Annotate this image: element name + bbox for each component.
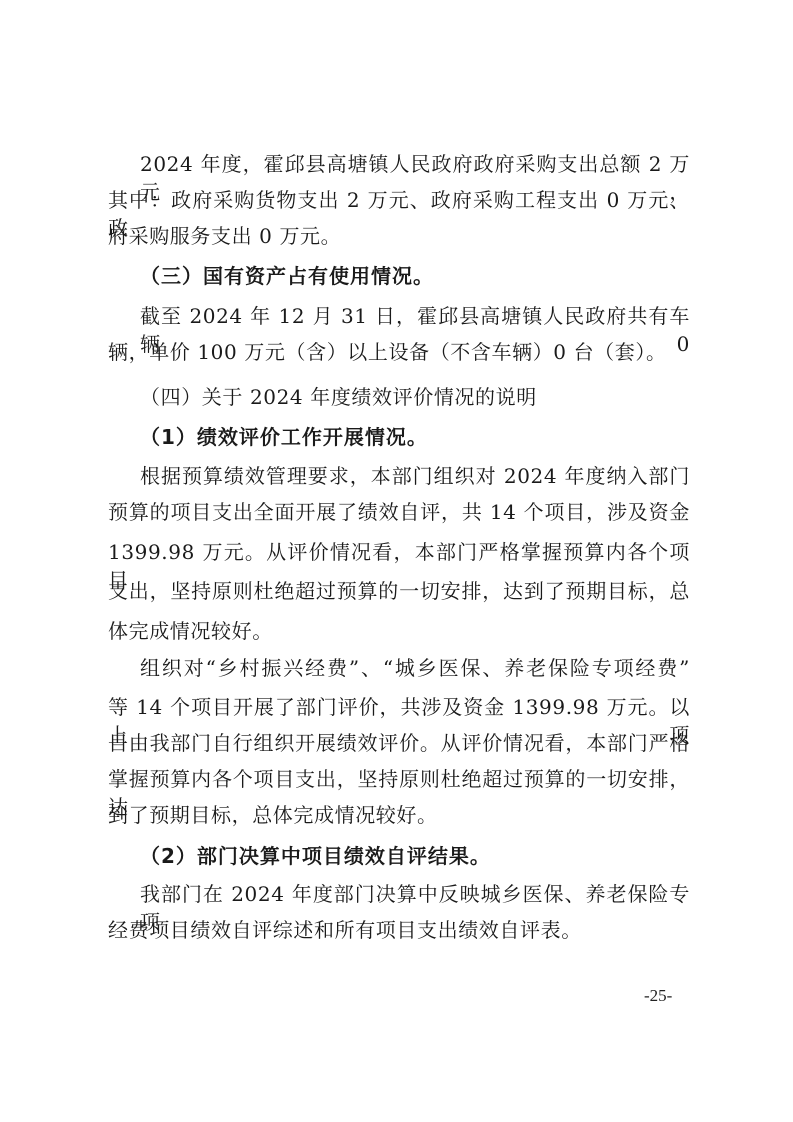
section-heading-assets: （三）国有资产占有使用情况。 [140,262,690,290]
dept-eval-line-5: 到了预期目标，总体完成情况较好。 [108,801,690,829]
dept-eval-line-1: 组织对“乡村振兴经费”、“城乡医保、养老保险专项经费” [140,654,690,682]
page-number: -25- [644,986,672,1006]
subheading-self-eval-results: （2）部门决算中项目绩效自评结果。 [140,842,690,870]
subheading-evaluation-work: （1）绩效评价工作开展情况。 [140,423,690,451]
assets-line-2: 辆，单价 100 万元（含）以上设备（不含车辆）0 台（套）。 [108,338,690,366]
self-eval-line-2: 预算的项目支出全面开展了绩效自评，共 14 个项目，涉及资金 [108,498,690,526]
results-line-2: 经费项目绩效自评综述和所有项目支出绩效自评表。 [108,916,690,944]
self-eval-line-5: 体完成情况较好。 [108,617,690,645]
self-eval-line-1: 根据预算绩效管理要求，本部门组织对 2024 年度纳入部门 [140,462,690,490]
section-heading-performance: （四）关于 2024 年度绩效评价情况的说明 [140,383,690,411]
dept-eval-line-3: 目由我部门自行组织开展绩效评价。从评价情况看，本部门严格 [108,729,690,757]
procurement-line-3: 府采购服务支出 0 万元。 [108,222,690,250]
self-eval-line-4: 支出，坚持原则杜绝超过预算的一切安排，达到了预期目标，总 [108,577,690,605]
